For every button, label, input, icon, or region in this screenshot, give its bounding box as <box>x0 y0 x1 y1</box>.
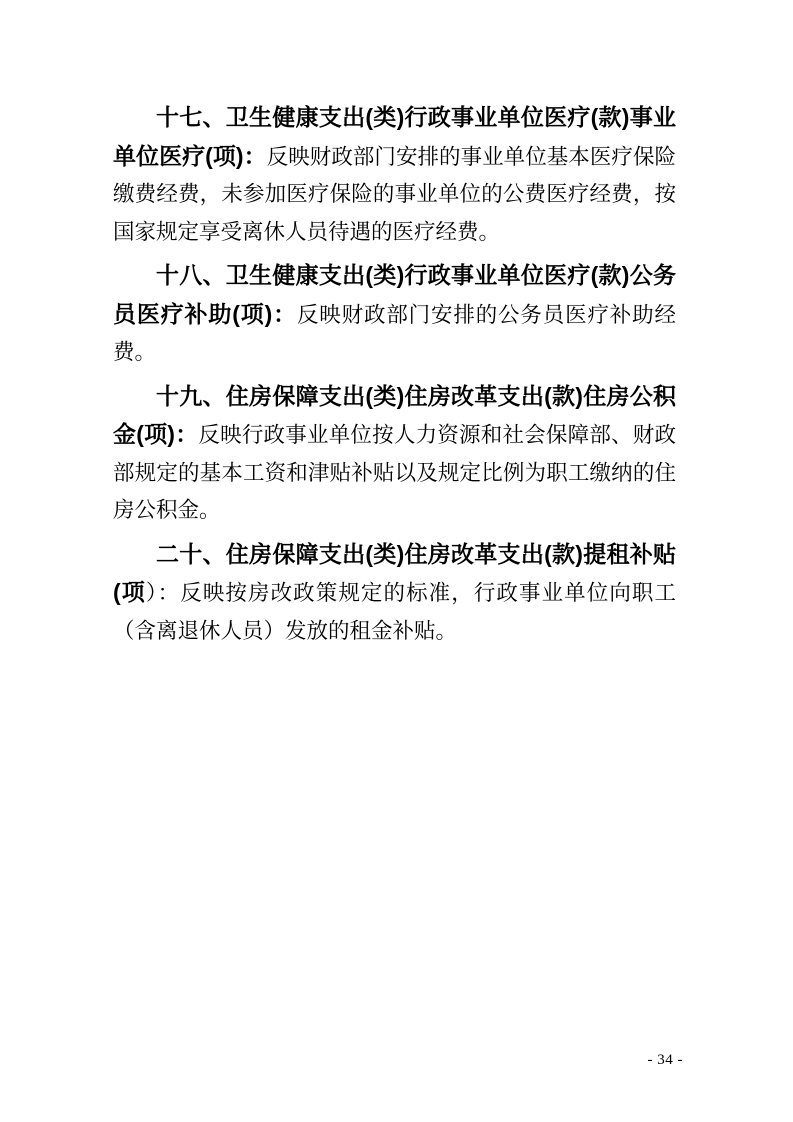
paragraph-body: 反映行政事业单位按人力资源和社会保障部、财政部规定的基本工资和津贴补贴以及规定比… <box>113 423 676 522</box>
document-page: 十七、卫生健康支出(类)行政事业单位医疗(款)事业单位医疗(项)：反映财政部门安… <box>0 0 793 1122</box>
paragraph-item-18: 十八、卫生健康支出(类)行政事业单位医疗(款)公务员医疗补助(项)：反映财政部门… <box>113 257 676 372</box>
paragraph-item-17: 十七、卫生健康支出(类)行政事业单位医疗(款)事业单位医疗(项)：反映财政部门安… <box>113 99 676 251</box>
document-text-block: 十七、卫生健康支出(类)行政事业单位医疗(款)事业单位医疗(项)：反映财政部门安… <box>113 99 676 650</box>
paragraph-item-19: 十九、住房保障支出(类)住房改革支出(款)住房公积金(项)：反映行政事业单位按人… <box>113 378 676 530</box>
paragraph-item-20: 二十、住房保障支出(类)住房改革支出(款)提租补贴(项）：反映按房改政策规定的标… <box>113 536 676 651</box>
page-number: - 34 - <box>648 1052 684 1069</box>
paragraph-body: ）：反映按房改政策规定的标准，行政事业单位向职工（含离退休人员）发放的租金补贴。 <box>113 581 676 643</box>
